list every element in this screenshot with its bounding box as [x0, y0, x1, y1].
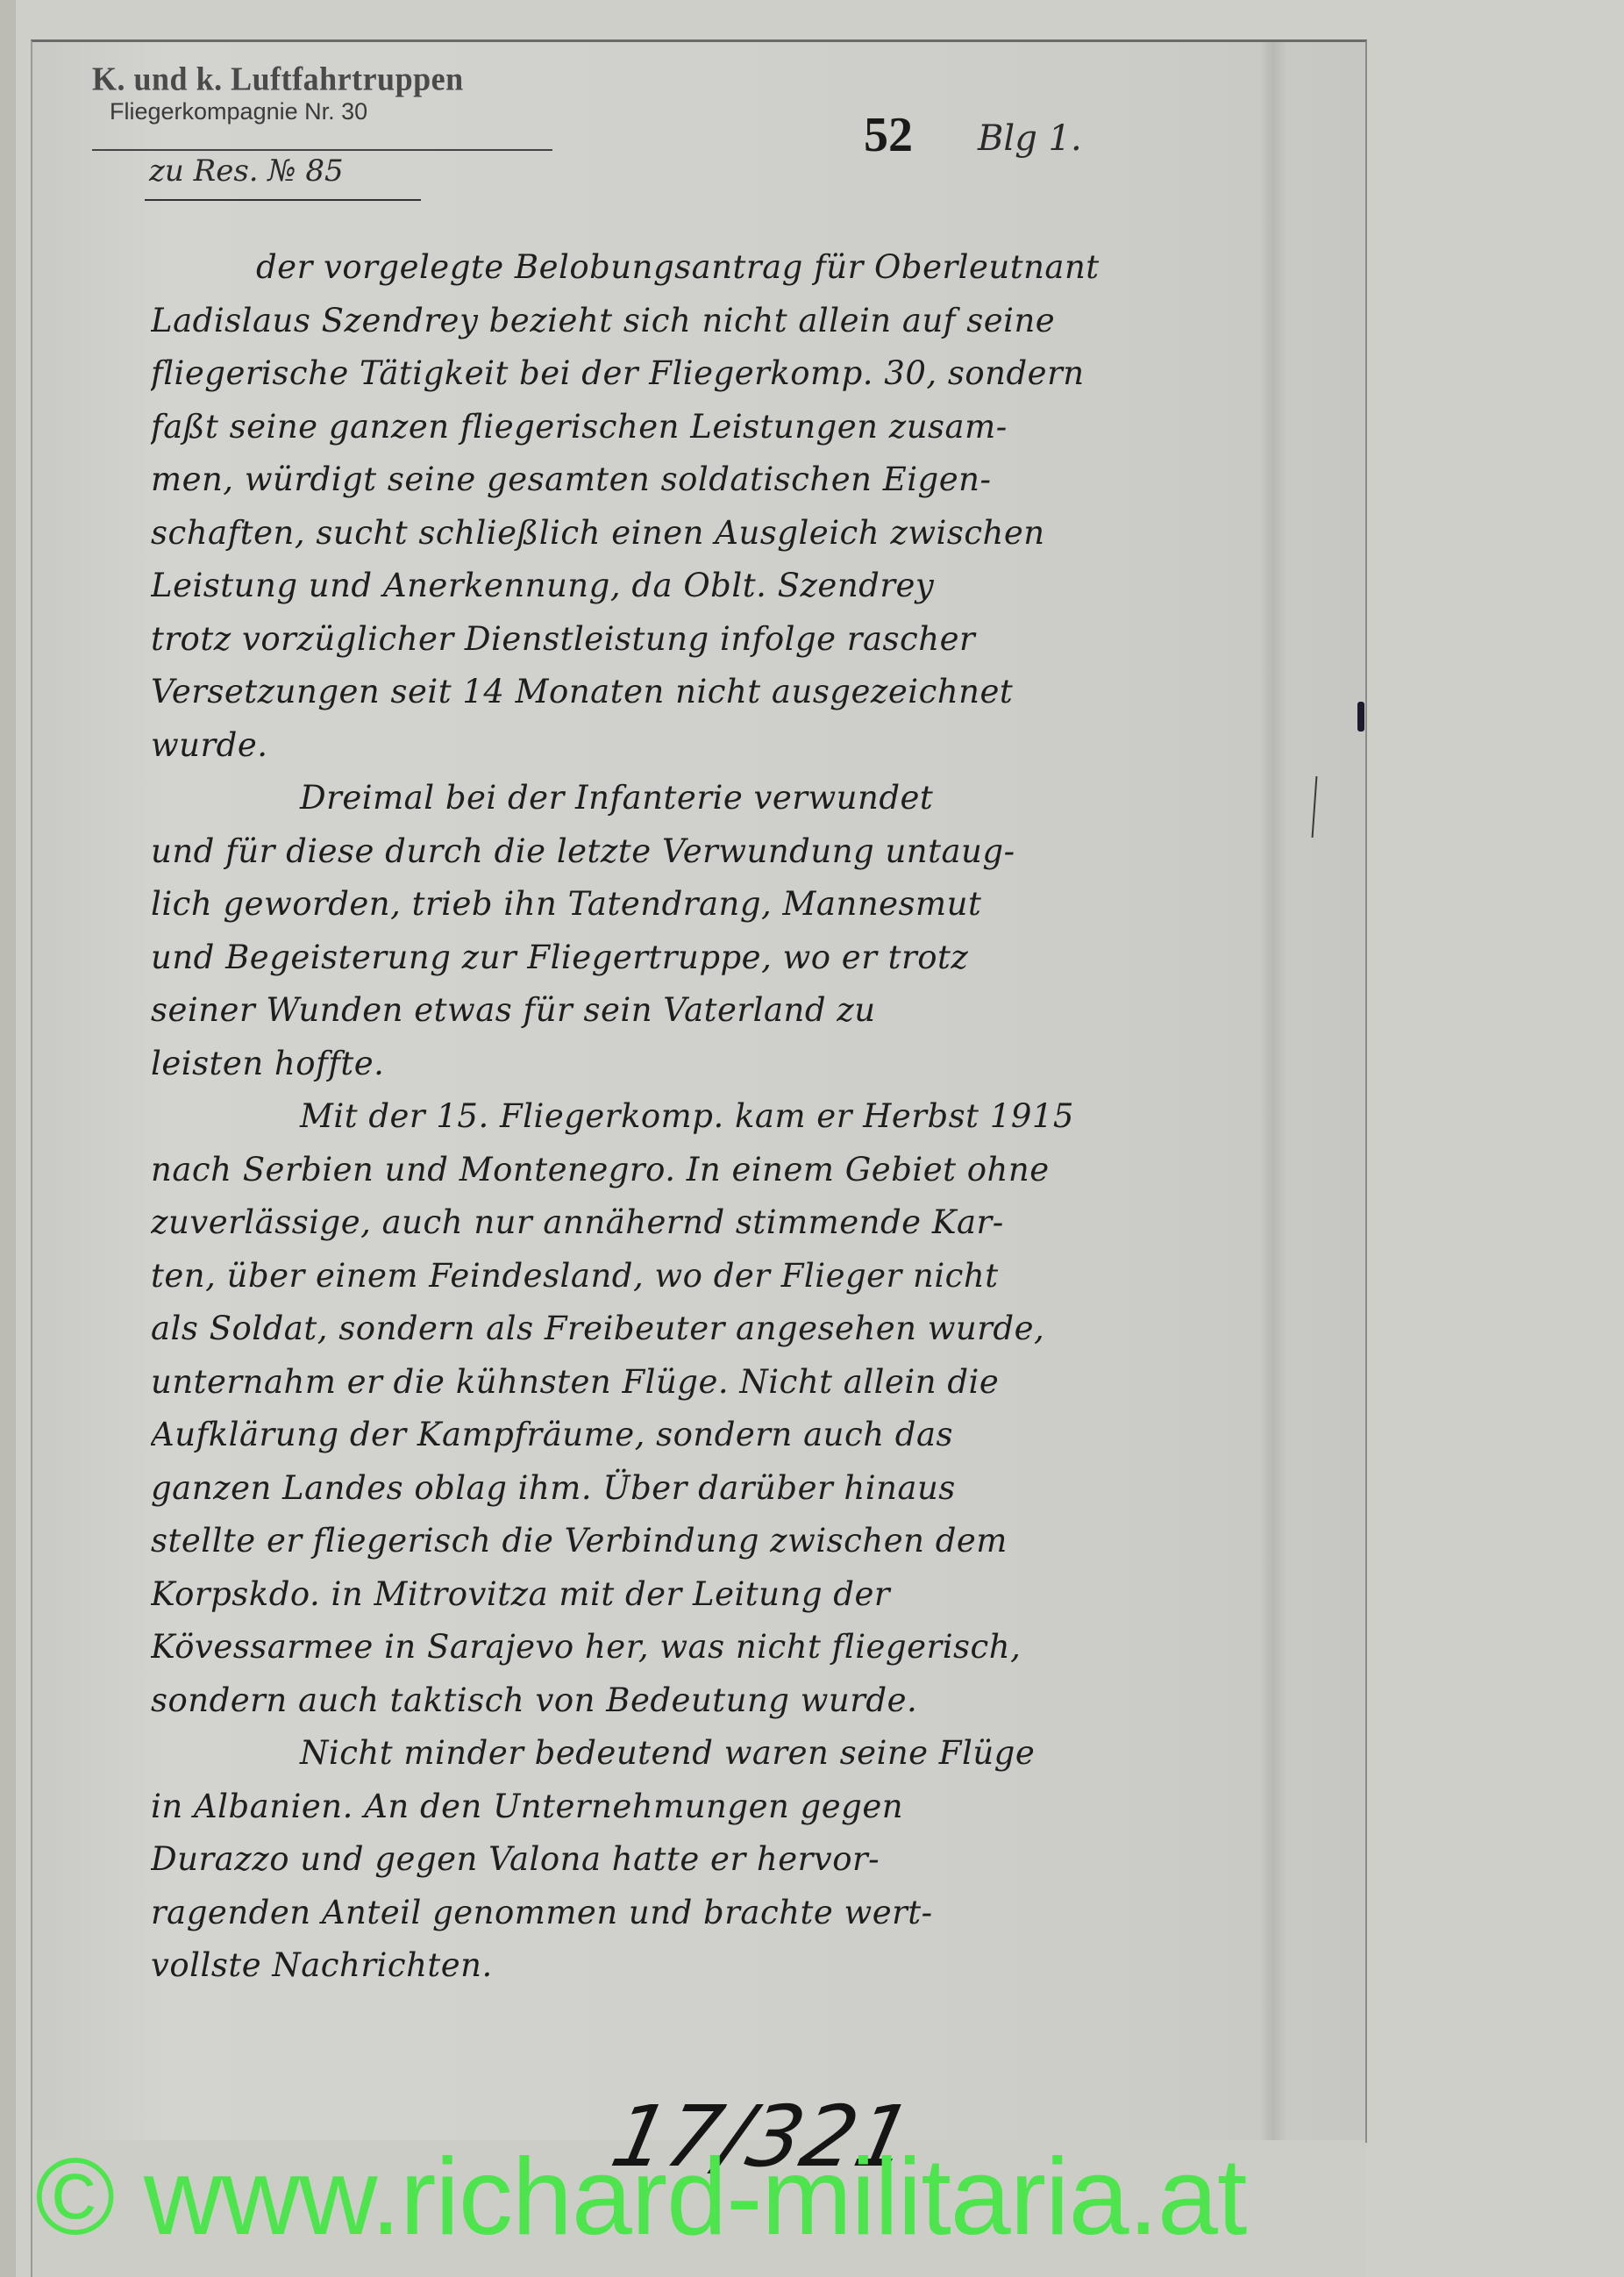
scan-background-edge — [0, 0, 16, 2277]
text-line: unternahm er die kühnsten Flüge. Nicht a… — [151, 1356, 1326, 1410]
text-line: Kövessarmee in Sarajevo her, was nicht f… — [151, 1621, 1326, 1674]
ink-blot-mark — [1357, 702, 1364, 732]
reference-number: zu Res. № 85 — [149, 153, 344, 189]
text-line: Nicht minder bedeutend waren seine Flüge — [151, 1727, 1326, 1781]
text-line: leisten hoffte. — [151, 1038, 1326, 1091]
text-line: seiner Wunden etwas für sein Vaterland z… — [151, 984, 1326, 1038]
reference-underline — [145, 199, 421, 201]
text-line: Ladislaus Szendrey bezieht sich nicht al… — [151, 295, 1326, 348]
text-line: fliegerische Tätigkeit bei der Fliegerko… — [151, 347, 1326, 401]
stamp-divider — [92, 149, 552, 151]
text-line: Versetzungen seit 14 Monaten nicht ausge… — [151, 666, 1326, 719]
text-line: Leistung und Anerkennung, da Oblt. Szend… — [151, 560, 1326, 613]
text-line: zuverlässige, auch nur annähernd stimmen… — [151, 1196, 1326, 1250]
copyright-watermark: © www.richard-militaria.at — [35, 2140, 1613, 2254]
text-line: lich geworden, trieb ihn Tatendrang, Man… — [151, 878, 1326, 931]
unit-stamp: K. und k. Luftfahrtruppen Fliegerkompagn… — [92, 61, 557, 126]
text-line: stellte er fliegerisch die Verbindung zw… — [151, 1515, 1326, 1568]
stamp-company: Fliegerkompagnie Nr. 30 — [92, 96, 557, 126]
text-line: sondern auch taktisch von Bedeutung wurd… — [151, 1674, 1326, 1728]
text-line: und für diese durch die letzte Verwundun… — [151, 825, 1326, 879]
text-line: nach Serbien und Montenegro. In einem Ge… — [151, 1144, 1326, 1197]
text-line: ganzen Landes oblag ihm. Über darüber hi… — [151, 1462, 1326, 1516]
text-line: der vorgelegte Belobungsantrag für Oberl… — [151, 241, 1326, 295]
text-line: men, würdigt seine gesamten soldatischen… — [151, 453, 1326, 507]
text-line: vollste Nachrichten. — [151, 1939, 1326, 1993]
text-line: in Albanien. An den Unternehmungen gegen — [151, 1781, 1326, 1834]
text-line: und Begeisterung zur Fliegertruppe, wo e… — [151, 931, 1326, 985]
text-line: Mit der 15. Fliegerkomp. kam er Herbst 1… — [151, 1090, 1326, 1144]
text-line: ten, über einem Feindesland, wo der Flie… — [151, 1250, 1326, 1303]
text-line: schaften, sucht schließlich einen Ausgle… — [151, 507, 1326, 560]
stamp-unit-title: K. und k. Luftfahrtruppen — [92, 61, 557, 97]
text-line: ragenden Anteil genommen und brachte wer… — [151, 1887, 1326, 1940]
text-line: trotz vorzüglicher Dienstleistung infolg… — [151, 613, 1326, 667]
text-line: faßt seine ganzen fliegerischen Leistung… — [151, 401, 1326, 454]
text-line: als Soldat, sondern als Freibeuter anges… — [151, 1303, 1326, 1356]
text-line: Aufklärung der Kampfräume, sondern auch … — [151, 1409, 1326, 1462]
handwritten-body: der vorgelegte Belobungsantrag für Oberl… — [151, 241, 1326, 1993]
folio-number: 52 — [864, 107, 913, 163]
text-line: Durazzo und gegen Valona hatte er hervor… — [151, 1833, 1326, 1887]
text-line: Dreimal bei der Infanterie verwundet — [151, 772, 1326, 825]
text-line: wurde. — [151, 719, 1326, 773]
enclosure-label: Blg 1. — [978, 118, 1082, 159]
text-line: Korpskdo. in Mitrovitza mit der Leitung … — [151, 1568, 1326, 1622]
